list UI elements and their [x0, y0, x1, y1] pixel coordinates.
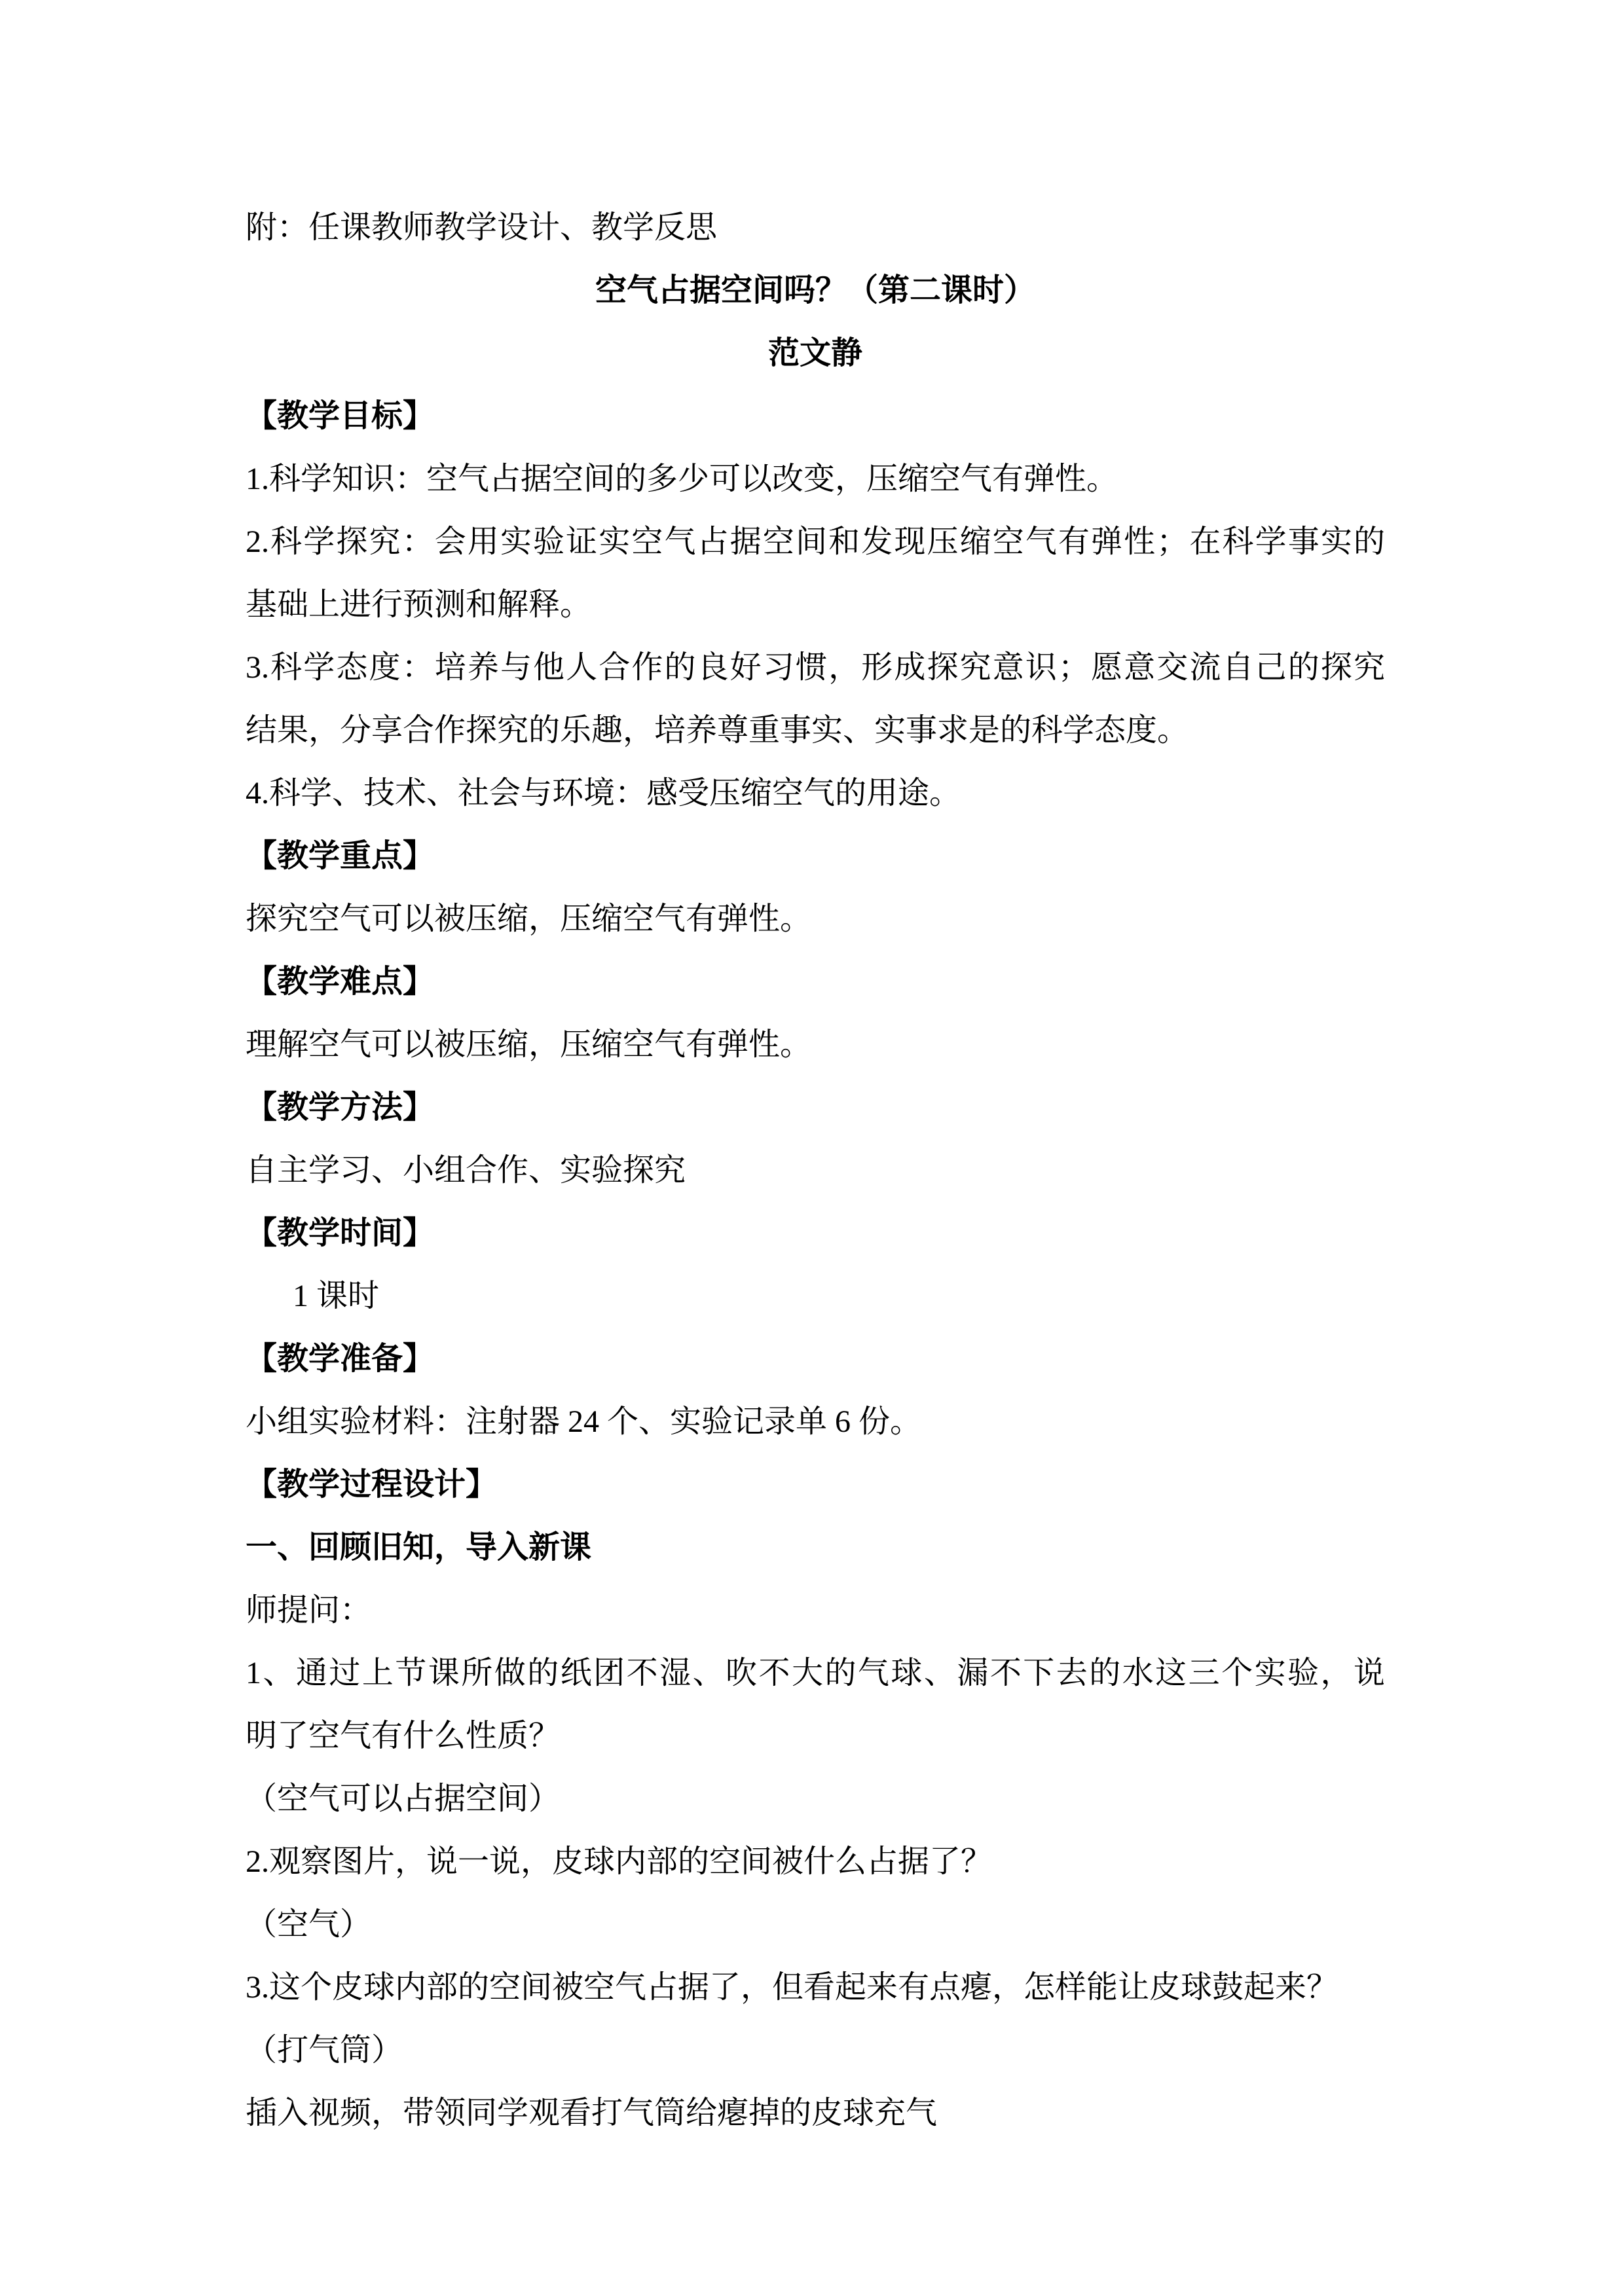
- objective-stse: 4.科学、技术、社会与环境：感受压缩空气的用途。: [246, 762, 1385, 825]
- teaching-method-text: 自主学习、小组合作、实验探究: [246, 1139, 1385, 1202]
- heading-teaching-preparation: 【教学准备】: [246, 1328, 1385, 1391]
- heading-teaching-time: 【教学时间】: [246, 1202, 1385, 1265]
- objective-inquiry-line-2: 基础上进行预测和解释。: [246, 574, 1385, 636]
- question-1-line-1: 1、通过上节课所做的纸团不湿、吹不大的气球、漏不下去的水这三个实验，说: [246, 1642, 1385, 1705]
- question-3: 3.这个皮球内部的空间被空气占据了，但看起来有点瘪，怎样能让皮球鼓起来？: [246, 1956, 1385, 2019]
- objective-knowledge: 1.科学知识：空气占据空间的多少可以改变，压缩空气有弹性。: [246, 448, 1385, 511]
- attachment-note: 附：任课教师教学设计、教学反思: [246, 196, 1385, 259]
- video-note: 插入视频，带领同学观看打气筒给瘪掉的皮球充气: [246, 2082, 1385, 2145]
- teaching-difficulty-text: 理解空气可以被压缩，压缩空气有弹性。: [246, 1013, 1385, 1076]
- author-name: 范文静: [246, 322, 1385, 385]
- teacher-question-label: 师提问：: [246, 1579, 1385, 1642]
- heading-teaching-difficulty: 【教学难点】: [246, 951, 1385, 1013]
- heading-teaching-process: 【教学过程设计】: [246, 1453, 1385, 1516]
- objective-attitude-line-1: 3.科学态度：培养与他人合作的良好习惯，形成探究意识；愿意交流自己的探究: [246, 636, 1385, 699]
- teaching-focus-text: 探究空气可以被压缩，压缩空气有弹性。: [246, 888, 1385, 951]
- answer-2: （空气）: [246, 1893, 1385, 1956]
- objective-attitude-line-2: 结果，分享合作探究的乐趣，培养尊重事实、实事求是的科学态度。: [246, 699, 1385, 762]
- teaching-preparation-text: 小组实验材料：注射器 24 个、实验记录单 6 份。: [246, 1391, 1385, 1453]
- answer-1: （空气可以占据空间）: [246, 1768, 1385, 1831]
- document-title: 空气占据空间吗？（第二课时）: [246, 259, 1385, 322]
- answer-3: （打气筒）: [246, 2019, 1385, 2082]
- heading-teaching-objectives: 【教学目标】: [246, 385, 1385, 448]
- question-2: 2.观察图片，说一说，皮球内部的空间被什么占据了？: [246, 1831, 1385, 1893]
- heading-teaching-focus: 【教学重点】: [246, 825, 1385, 888]
- section-1-title: 一、回顾旧知，导入新课: [246, 1516, 1385, 1579]
- heading-teaching-method: 【教学方法】: [246, 1076, 1385, 1139]
- question-1-line-2: 明了空气有什么性质？: [246, 1705, 1385, 1768]
- teaching-time-text: 1 课时: [246, 1265, 1385, 1328]
- objective-inquiry-line-1: 2.科学探究：会用实验证实空气占据空间和发现压缩空气有弹性；在科学事实的: [246, 511, 1385, 574]
- document-page: 附：任课教师教学设计、教学反思 空气占据空间吗？（第二课时） 范文静 【教学目标…: [0, 0, 1624, 2296]
